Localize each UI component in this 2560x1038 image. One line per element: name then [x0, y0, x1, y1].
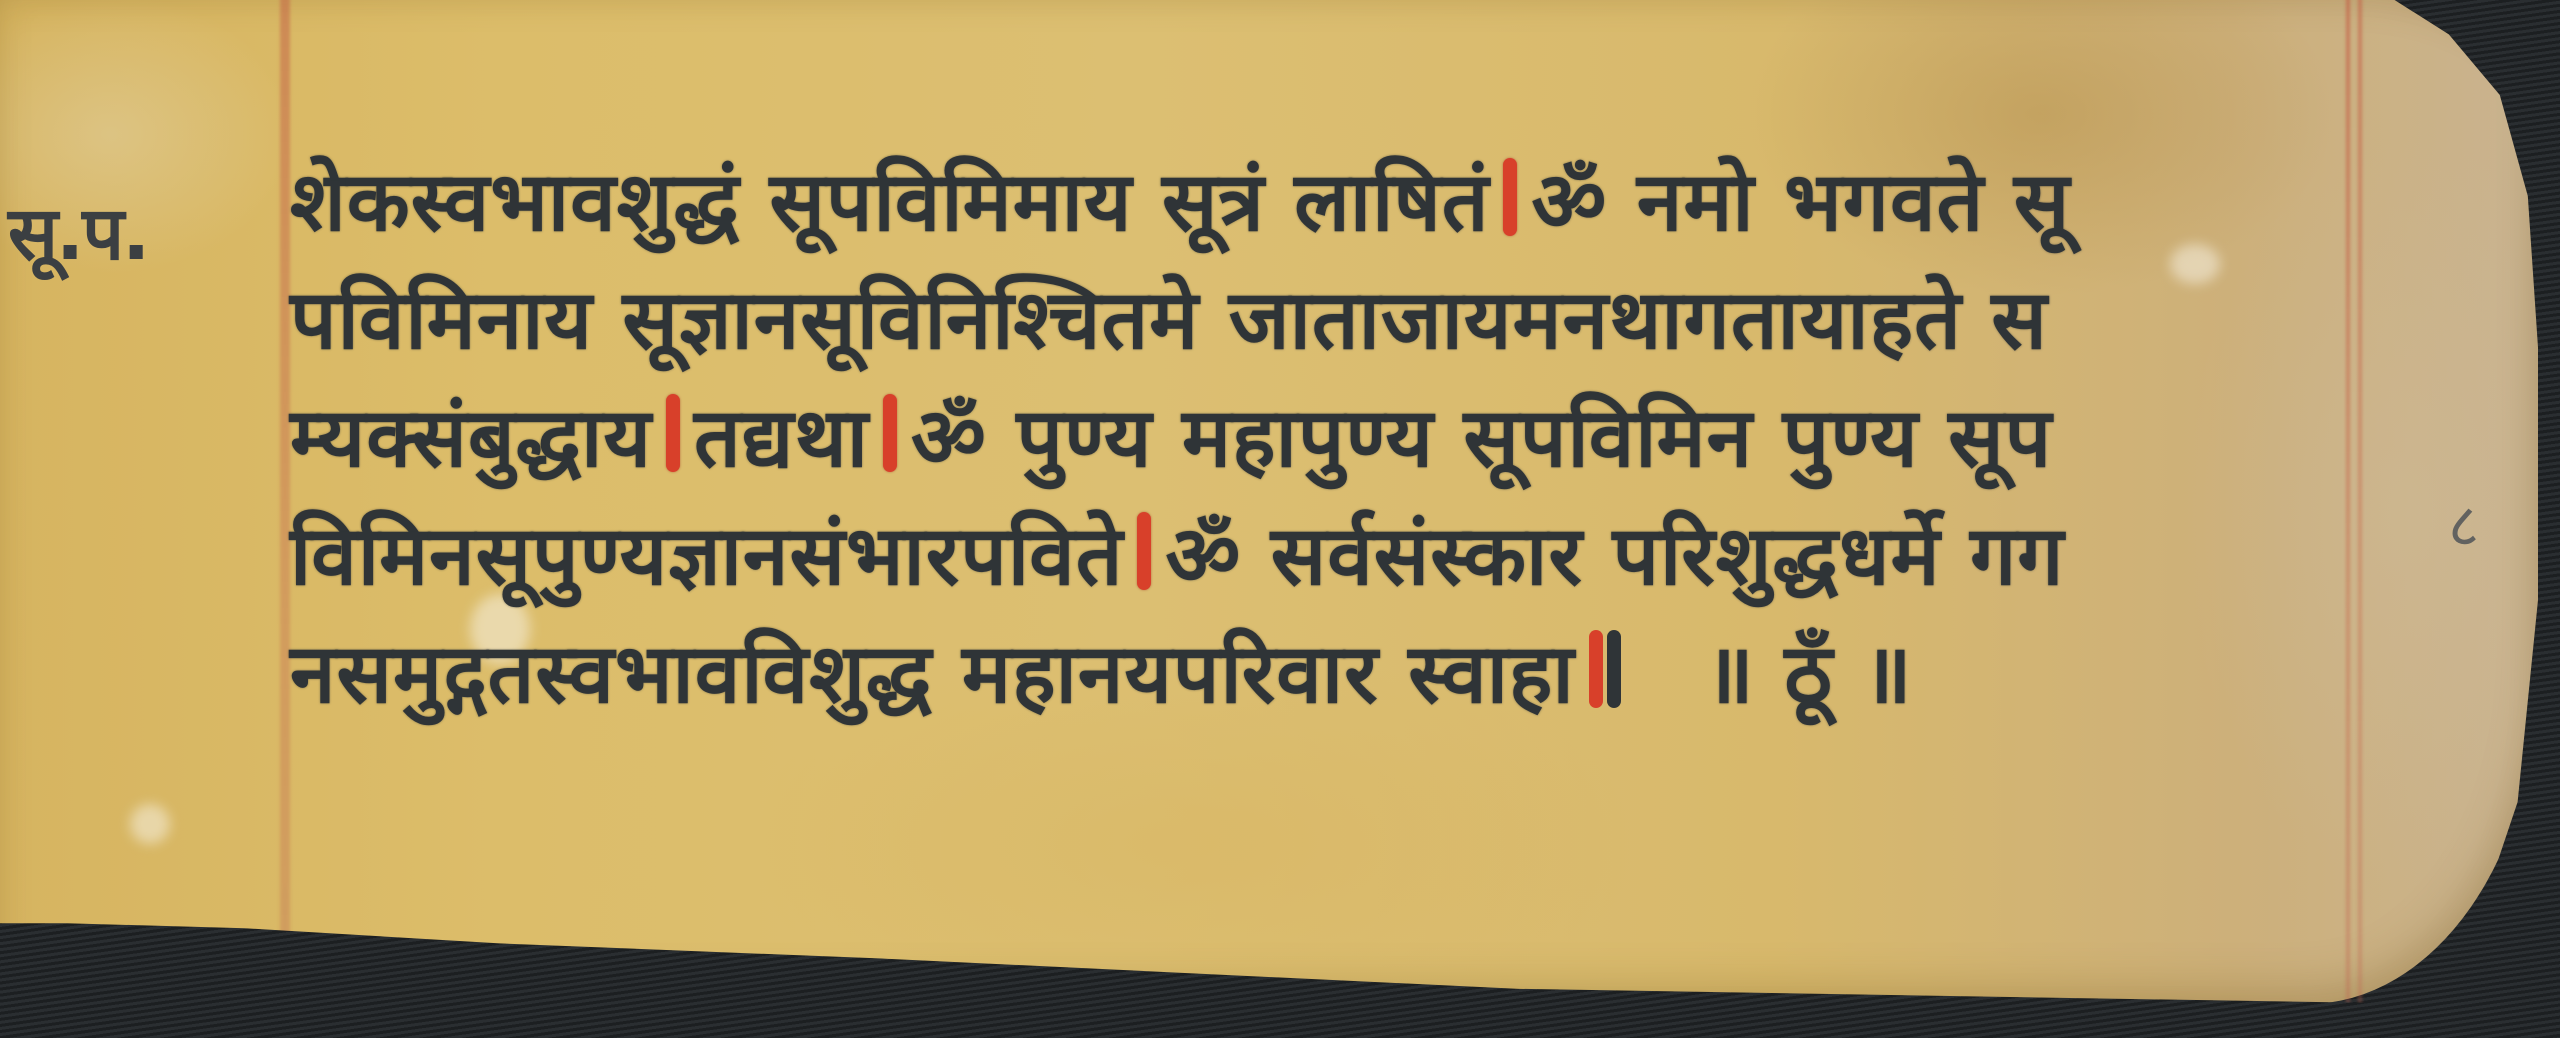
red-danda-mark: [1503, 158, 1517, 236]
text-segment: नसमुद्गतस्वभावविशुद्ध महानयपरिवार स्वाहा: [290, 627, 1575, 722]
text-segment: शेकस्वभावशुद्धं सूपविमिमाय सूत्रं लाषितं: [290, 155, 1489, 250]
text-line-4: विमिनसूपुण्यज्ञानसंभारपवितेॐ सर्वसंस्कार…: [290, 498, 2370, 616]
text-segment: तद्यथा: [694, 391, 869, 486]
margin-title-abbreviation: सू.प.: [8, 180, 148, 281]
text-segment: ॐ पुण्य महापुण्य सूपविमिन पुण्य सूप: [911, 391, 2052, 486]
text-line-5: नसमुद्गतस्वभावविशुद्ध महानयपरिवार स्वाहा…: [290, 616, 2370, 734]
text-segment: म्यक्संबुद्धाय: [290, 391, 652, 486]
end-ornament: ॥ ठूँ ॥: [1705, 616, 1913, 734]
text-line-3: म्यक्संबुद्धायतद्यथाॐ पुण्य महापुण्य सूप…: [290, 380, 2370, 498]
red-double-danda-mark: [1589, 630, 1603, 708]
paper-stain: [130, 804, 170, 844]
left-margin-ruling: [280, 0, 290, 1004]
red-danda-mark: [666, 394, 680, 472]
red-danda-mark: [883, 394, 897, 472]
manuscript-folio: सू.प. ८ शेकस्वभावशुद्धं सूपविमिमाय सूत्र…: [0, 0, 2538, 1004]
manuscript-text-block: शेकस्वभावशुद्धं सूपविमिमाय सूत्रं लाषितं…: [290, 144, 2370, 734]
text-segment: पविमिनाय सूज्ञानसूविनिश्चितमे जाताजायमनथ…: [290, 273, 2048, 368]
folio-number: ८: [2448, 482, 2479, 564]
red-danda-mark: [1137, 512, 1151, 590]
text-line-2: पविमिनाय सूज्ञानसूविनिश्चितमे जाताजायमनथ…: [290, 262, 2370, 380]
text-segment: विमिनसूपुण्यज्ञानसंभारपविते: [290, 509, 1123, 604]
text-line-1: शेकस्वभावशुद्धं सूपविमिमाय सूत्रं लाषितं…: [290, 144, 2370, 262]
text-segment: ॐ नमो भगवते सू: [1531, 155, 2070, 250]
text-segment: ॐ सर्वसंस्कार परिशुद्धधर्मे गग: [1165, 509, 2064, 604]
